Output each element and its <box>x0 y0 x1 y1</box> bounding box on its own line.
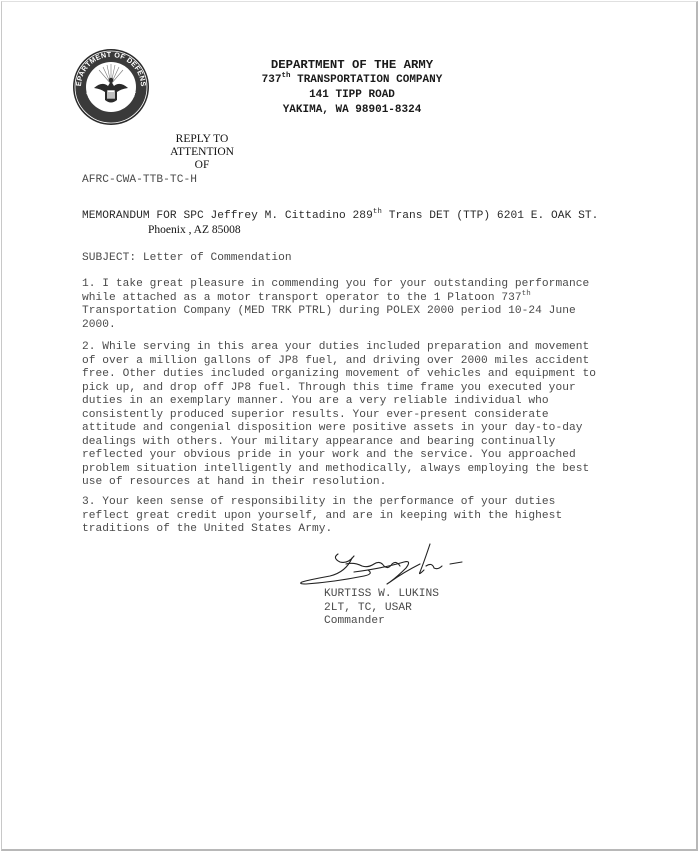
signer-title: Commander <box>324 615 439 629</box>
letterhead-street: 141 TIPP ROAD <box>242 88 462 103</box>
signer-rank: 2LT, TC, USAR <box>324 602 439 616</box>
letterhead-unit: 737th TRANSPORTATION COMPANY <box>242 73 462 88</box>
letterhead-department: DEPARTMENT OF THE ARMY <box>242 58 462 73</box>
office-symbol: AFRC-CWA-TTB-TC-H <box>82 174 197 188</box>
letterhead: DEPARTMENT OF THE ARMY 737th TRANSPORTAT… <box>242 58 462 118</box>
document-page: DEPARTMENT OF DEFENSE UNITED STATES OF A… <box>1 1 698 851</box>
paragraph-1: 1. I take great pleasure in commending y… <box>82 278 642 332</box>
handwritten-signature-icon <box>294 542 464 592</box>
signer-name: KURTISS W. LUKINS <box>324 588 439 602</box>
paragraph-3: 3. Your keen sense of responsibility in … <box>82 496 642 537</box>
department-of-defense-seal-icon: DEPARTMENT OF DEFENSE UNITED STATES OF A… <box>72 48 150 126</box>
subject-line: SUBJECT: Letter of Commendation <box>82 252 292 266</box>
letterhead-city: YAKIMA, WA 98901-8324 <box>242 103 462 118</box>
paragraph-2: 2. While serving in this area your dutie… <box>82 341 642 490</box>
reply-to-label: REPLY TO ATTENTION OF <box>162 133 242 172</box>
memorandum-for: MEMORANDUM FOR SPC Jeffrey M. Cittadino … <box>82 210 598 224</box>
memorandum-address: Phoenix , AZ 85008 <box>148 224 241 236</box>
signature-block: KURTISS W. LUKINS2LT, TC, USARCommander <box>324 588 439 629</box>
